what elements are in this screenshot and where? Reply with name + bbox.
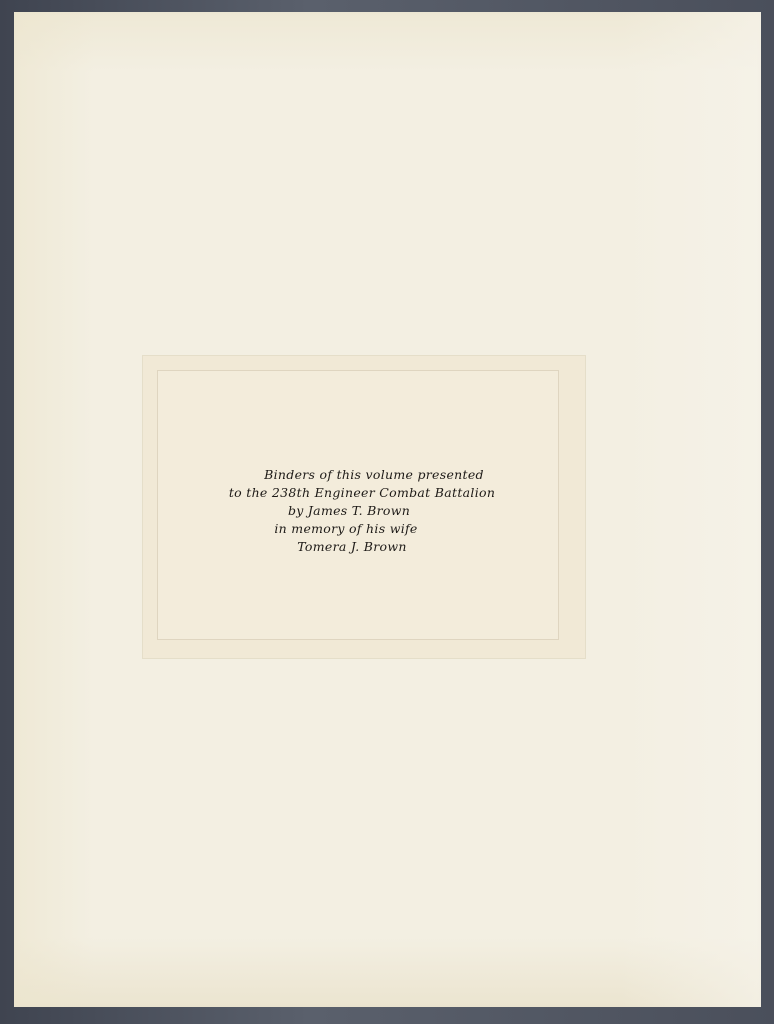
inscription-line-4: in memory of his wife (107, 520, 585, 538)
inscription-line-5: Tomera J. Brown (119, 538, 585, 556)
inscription-line-2: to the 238th Engineer Combat Battalion (139, 484, 585, 502)
inscription-line-3: by James T. Brown (113, 502, 585, 520)
inscription: Binders of this volume presented to the … (143, 466, 585, 556)
endpaper-fold-left (14, 12, 94, 1007)
bookplate: Binders of this volume presented to the … (143, 356, 585, 658)
inscription-line-1: Binders of this volume presented (163, 466, 585, 484)
endpaper-fold-right (621, 12, 761, 1007)
